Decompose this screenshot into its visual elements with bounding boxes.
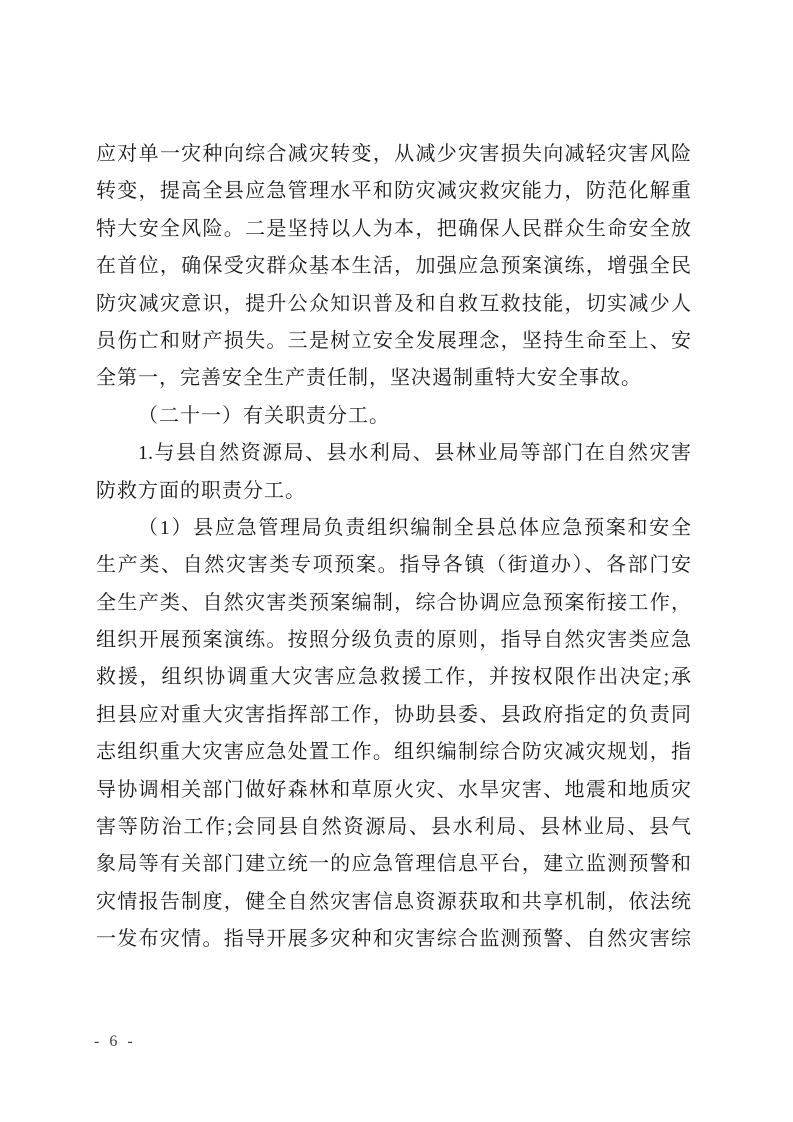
text-line: 员伤亡和财产损失。三是树立安全发展理念，坚持生命至上、安 bbox=[96, 323, 691, 360]
text-line: 防灾减灾意识，提升公众知识普及和自救互救技能，切实减少人 bbox=[96, 286, 691, 323]
text-line: 志组织重大灾害应急处置工作。组织编制综合防灾减灾规划，指 bbox=[96, 734, 691, 771]
section-heading-line: （二十一）有关职责分工。 bbox=[96, 398, 691, 435]
text-line: 一发布灾情。指导开展多灾种和灾害综合监测预警、自然灾害综 bbox=[96, 921, 691, 958]
text-line: 全生产类、自然灾害类预案编制，综合协调应急预案衔接工作， bbox=[96, 585, 691, 622]
text-line: 救援，组织协调重大灾害应急救援工作，并按权限作出决定;承 bbox=[96, 659, 691, 696]
document-page: 应对单一灾种向综合减灾转变，从减少灾害损失向减轻灾害风险 转变，提高全县应急管理… bbox=[0, 0, 793, 1122]
text-line: 在首位，确保受灾群众基本生活，加强应急预案演练，增强全民 bbox=[96, 248, 691, 285]
text-line: 担县应对重大灾害指挥部工作，协助县委、县政府指定的负责同 bbox=[96, 697, 691, 734]
text-line: 组织开展预案演练。按照分级负责的原则，指导自然灾害类应急 bbox=[96, 622, 691, 659]
text-line: 生产类、自然灾害类专项预案。指导各镇（街道办）、各部门安 bbox=[96, 547, 691, 584]
text-line: 应对单一灾种向综合减灾转变，从减少灾害损失向减轻灾害风险 bbox=[96, 136, 691, 173]
body-text: 应对单一灾种向综合减灾转变，从减少灾害损失向减轻灾害风险 转变，提高全县应急管理… bbox=[96, 136, 691, 959]
text-line: 导协调相关部门做好森林和草原火灾、水旱灾害、地震和地质灾 bbox=[96, 772, 691, 809]
text-line: 灾情报告制度，健全自然灾害信息资源获取和共享机制，依法统 bbox=[96, 884, 691, 921]
text-line: 1.与县自然资源局、县水利局、县林业局等部门在自然灾害 bbox=[96, 435, 691, 472]
text-line: 转变，提高全县应急管理水平和防灾减灾救灾能力，防范化解重 bbox=[96, 173, 691, 210]
text-line: （1）县应急管理局负责组织编制全县总体应急预案和安全 bbox=[96, 510, 691, 547]
text-line: 防救方面的职责分工。 bbox=[96, 473, 691, 510]
text-line: 象局等有关部门建立统一的应急管理信息平台，建立监测预警和 bbox=[96, 846, 691, 883]
text-line: 全第一，完善安全生产责任制，坚决遏制重特大安全事故。 bbox=[96, 360, 691, 397]
text-line: 特大安全风险。二是坚持以人为本，把确保人民群众生命安全放 bbox=[96, 211, 691, 248]
text-line: 害等防治工作;会同县自然资源局、县水利局、县林业局、县气 bbox=[96, 809, 691, 846]
page-number: - 6 - bbox=[94, 1031, 136, 1053]
